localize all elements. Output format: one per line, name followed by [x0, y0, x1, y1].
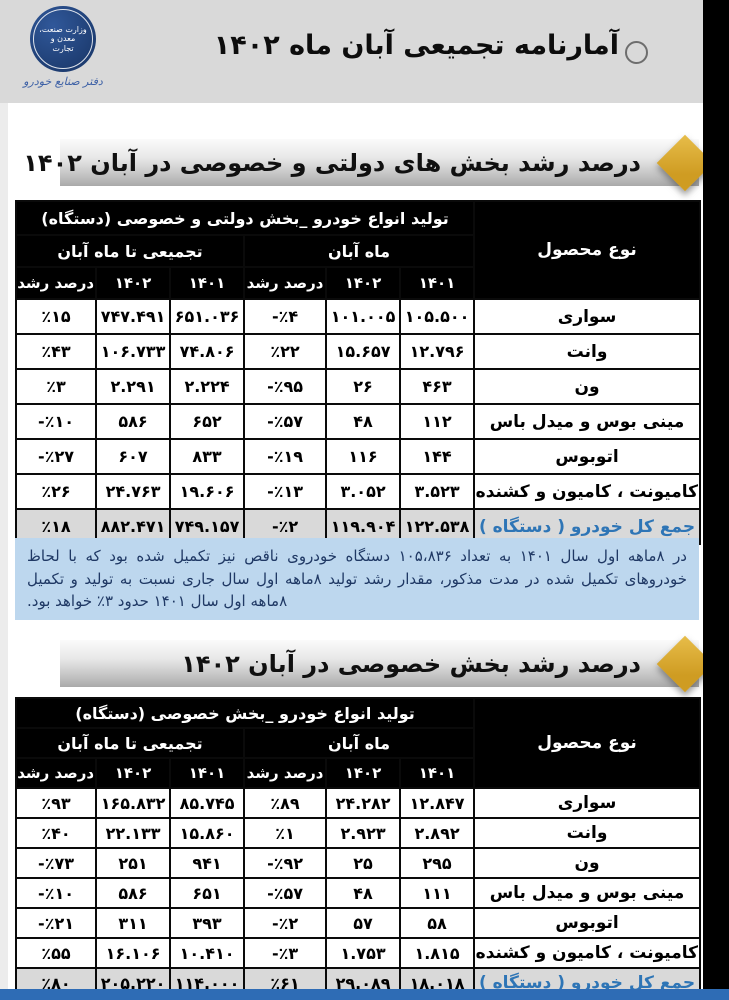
cum-1401-cell: ۸۳۳	[170, 439, 244, 474]
month-1401-cell: ۱۰۵.۵۰۰	[400, 299, 474, 334]
month-1401-cell: ۱۱۱	[400, 878, 474, 908]
month-growth-cell: -٪۹۲	[244, 848, 326, 878]
month-1401-cell: ۱۴۴	[400, 439, 474, 474]
cum-1402-cell: ۲.۲۹۱	[96, 369, 170, 404]
month-1402-cell: ۱۱۶	[326, 439, 400, 474]
month-1401-header: ۱۴۰۱	[400, 758, 474, 788]
cum-1401-cell: ۱۹.۶۰۶	[170, 474, 244, 509]
cum-1402-cell: ۲۴.۷۶۳	[96, 474, 170, 509]
cum-1401-cell: ۶۵۱.۰۳۶	[170, 299, 244, 334]
cum-1402-cell: ۳۱۱	[96, 908, 170, 938]
table-private-production: نوع محصول تولید انواع خودرو _بخش خصوصی (…	[15, 697, 701, 999]
cum-1402-cell: ۵۸۶	[96, 404, 170, 439]
table-row: مینی بوس و میدل باس ۱۱۲ ۴۸ -٪۵۷ ۶۵۲ ۵۸۶ …	[16, 404, 700, 439]
month-growth-cell: -٪۹۵	[244, 369, 326, 404]
month-1401-cell: ۱۲.۷۹۶	[400, 334, 474, 369]
cum-1401-cell: ۹۴۱	[170, 848, 244, 878]
month-1402-cell: ۱۵.۶۵۷	[326, 334, 400, 369]
month-growth-cell: -٪۱۳	[244, 474, 326, 509]
table-title: تولید انواع خودرو _بخش خصوصی (دستگاه)	[16, 698, 474, 728]
month-growth-cell: ٪۲۲	[244, 334, 326, 369]
cum-1402-cell: ۵۸۶	[96, 878, 170, 908]
month-growth-cell: -٪۳	[244, 938, 326, 968]
section2-banner: درصد رشد بخش خصوصی در آبان ۱۴۰۲	[60, 640, 699, 687]
cum-growth-cell: ٪۳	[16, 369, 96, 404]
month-growth-cell: ٪۱	[244, 818, 326, 848]
month-1402-cell: ۵۷	[326, 908, 400, 938]
product-name-cell: کامیونت ، کامیون و کشنده	[474, 474, 700, 509]
cum-growth-cell: -٪۱۰	[16, 404, 96, 439]
product-name-cell: وانت	[474, 334, 700, 369]
cum-1402-cell: ۶۰۷	[96, 439, 170, 474]
product-name-cell: ون	[474, 848, 700, 878]
month-1402-cell: ۲۴.۲۸۲	[326, 788, 400, 818]
table-row: سواری ۱۰۵.۵۰۰ ۱۰۱.۰۰۵ -٪۴ ۶۵۱.۰۳۶ ۷۴۷.۴۹…	[16, 299, 700, 334]
product-name-cell: اتوبوس	[474, 439, 700, 474]
month-1401-header: ۱۴۰۱	[400, 267, 474, 299]
table-row: اتوبوس ۵۸ ۵۷ -٪۲ ۳۹۳ ۳۱۱ -٪۲۱	[16, 908, 700, 938]
page-title: آمارنامه تجمیعی آبان ماه ۱۴۰۲	[214, 30, 619, 61]
month-growth-header: درصد رشد	[244, 267, 326, 299]
month-1402-cell: ۱۰۱.۰۰۵	[326, 299, 400, 334]
header-band: وزارت صنعت، معدن و تجارت دفتر صنایع خودر…	[0, 0, 703, 103]
month-1401-cell: ۱۲.۸۴۷	[400, 788, 474, 818]
cum-1402-cell: ۱۰۶.۷۳۳	[96, 334, 170, 369]
month-growth-cell: -٪۵۷	[244, 404, 326, 439]
section1-banner: درصد رشد بخش های دولتی و خصوصی در آبان ۱…	[60, 139, 699, 186]
cum-1401-header: ۱۴۰۱	[170, 267, 244, 299]
month-1401-cell: ۳.۵۲۳	[400, 474, 474, 509]
cum-growth-cell: -٪۱۰	[16, 878, 96, 908]
month-growth-cell: -٪۱۹	[244, 439, 326, 474]
cum-growth-cell: ٪۴۳	[16, 334, 96, 369]
table-header-row: نوع محصول تولید انواع خودرو _بخش دولتی و…	[16, 201, 700, 235]
ministry-logo-icon: وزارت صنعت، معدن و تجارت	[30, 6, 96, 72]
cum-growth-cell: -٪۷۳	[16, 848, 96, 878]
section1-banner-title: درصد رشد بخش های دولتی و خصوصی در آبان ۱…	[23, 149, 699, 177]
table-row: وانت ۱۲.۷۹۶ ۱۵.۶۵۷ ٪۲۲ ۷۴.۸۰۶ ۱۰۶.۷۳۳ ٪۴…	[16, 334, 700, 369]
cum-1401-header: ۱۴۰۱	[170, 758, 244, 788]
cum-1402-cell: ۲۲.۱۳۳	[96, 818, 170, 848]
product-name-cell: مینی بوس و میدل باس	[474, 404, 700, 439]
product-name-cell: اتوبوس	[474, 908, 700, 938]
month-1402-cell: ۴۸	[326, 878, 400, 908]
table-title: تولید انواع خودرو _بخش دولتی و خصوصی (دس…	[16, 201, 474, 235]
section2-banner-title: درصد رشد بخش خصوصی در آبان ۱۴۰۲	[181, 650, 699, 678]
logo-caption: دفتر صنایع خودرو	[14, 75, 112, 88]
table-row: ون ۲۹۵ ۲۵ -٪۹۲ ۹۴۱ ۲۵۱ -٪۷۳	[16, 848, 700, 878]
table-row: سواری ۱۲.۸۴۷ ۲۴.۲۸۲ ٪۸۹ ۸۵.۷۴۵ ۱۶۵.۸۳۲ ٪…	[16, 788, 700, 818]
table-row: وانت ۲.۸۹۲ ۲.۹۲۳ ٪۱ ۱۵.۸۶۰ ۲۲.۱۳۳ ٪۴۰	[16, 818, 700, 848]
month-1402-cell: ۳.۰۵۲	[326, 474, 400, 509]
cum-growth-cell: -٪۲۷	[16, 439, 96, 474]
month-1402-cell: ۱.۷۵۳	[326, 938, 400, 968]
cum-1402-header: ۱۴۰۲	[96, 758, 170, 788]
cum-1402-cell: ۷۴۷.۴۹۱	[96, 299, 170, 334]
cum-growth-cell: ٪۴۰	[16, 818, 96, 848]
month-1401-cell: ۵۸	[400, 908, 474, 938]
month-1401-cell: ۲۹۵	[400, 848, 474, 878]
month-1401-cell: ۴۶۳	[400, 369, 474, 404]
product-name-cell: سواری	[474, 299, 700, 334]
month-1402-cell: ۲۶	[326, 369, 400, 404]
cum-1402-cell: ۱۶.۱۰۶	[96, 938, 170, 968]
cum-1401-cell: ۱۵.۸۶۰	[170, 818, 244, 848]
month-growth-cell: -٪۲	[244, 908, 326, 938]
ministry-logo-text: وزارت صنعت، معدن و تجارت	[39, 25, 87, 54]
month-group-header: ماه آبان	[244, 728, 474, 758]
cum-growth-cell: ٪۹۳	[16, 788, 96, 818]
report-page: وزارت صنعت، معدن و تجارت دفتر صنایع خودر…	[0, 0, 729, 1000]
table-header-row: نوع محصول تولید انواع خودرو _بخش خصوصی (…	[16, 698, 700, 728]
cum-1402-header: ۱۴۰۲	[96, 267, 170, 299]
table-govt-private-production: نوع محصول تولید انواع خودرو _بخش دولتی و…	[15, 200, 701, 545]
bottom-blue-bar	[0, 989, 729, 1000]
cum-1401-cell: ۷۴.۸۰۶	[170, 334, 244, 369]
month-growth-header: درصد رشد	[244, 758, 326, 788]
completion-note: در ۸ماهه اول سال ۱۴۰۱ به تعداد ۱۰۵،۸۳۶ د…	[15, 538, 699, 620]
cum-1402-cell: ۲۵۱	[96, 848, 170, 878]
product-column-header: نوع محصول	[474, 698, 700, 788]
product-name-cell: مینی بوس و میدل باس	[474, 878, 700, 908]
left-edge-strip	[0, 0, 8, 1000]
cum-growth-cell: ٪۲۶	[16, 474, 96, 509]
month-1401-cell: ۱.۸۱۵	[400, 938, 474, 968]
circle-bullet-icon	[625, 41, 648, 64]
cum-growth-cell: -٪۲۱	[16, 908, 96, 938]
cumulative-group-header: تجمیعی تا ماه آبان	[16, 235, 244, 267]
cum-1401-cell: ۸۵.۷۴۵	[170, 788, 244, 818]
table-row: ون ۴۶۳ ۲۶ -٪۹۵ ۲.۲۲۴ ۲.۲۹۱ ٪۳	[16, 369, 700, 404]
month-growth-cell: -٪۵۷	[244, 878, 326, 908]
cum-1401-cell: ۲.۲۲۴	[170, 369, 244, 404]
month-group-header: ماه آبان	[244, 235, 474, 267]
product-name-cell: ون	[474, 369, 700, 404]
cum-1401-cell: ۳۹۳	[170, 908, 244, 938]
month-1402-cell: ۲۵	[326, 848, 400, 878]
cum-1401-cell: ۶۵۱	[170, 878, 244, 908]
cum-growth-header: درصد رشد	[16, 758, 96, 788]
cum-growth-header: درصد رشد	[16, 267, 96, 299]
right-black-strip	[703, 0, 729, 1000]
product-column-header: نوع محصول	[474, 201, 700, 299]
month-growth-cell: -٪۴	[244, 299, 326, 334]
cum-1401-cell: ۶۵۲	[170, 404, 244, 439]
cum-growth-cell: ٪۱۵	[16, 299, 96, 334]
table-row: اتوبوس ۱۴۴ ۱۱۶ -٪۱۹ ۸۳۳ ۶۰۷ -٪۲۷	[16, 439, 700, 474]
table-row: کامیونت ، کامیون و کشنده ۳.۵۲۳ ۳.۰۵۲ -٪۱…	[16, 474, 700, 509]
month-1402-header: ۱۴۰۲	[326, 267, 400, 299]
month-growth-cell: ٪۸۹	[244, 788, 326, 818]
product-name-cell: کامیونت ، کامیون و کشنده	[474, 938, 700, 968]
cumulative-group-header: تجمیعی تا ماه آبان	[16, 728, 244, 758]
month-1401-cell: ۲.۸۹۲	[400, 818, 474, 848]
cum-1401-cell: ۱۰.۴۱۰	[170, 938, 244, 968]
cum-growth-cell: ٪۵۵	[16, 938, 96, 968]
cum-1402-cell: ۱۶۵.۸۳۲	[96, 788, 170, 818]
month-1402-header: ۱۴۰۲	[326, 758, 400, 788]
month-1402-cell: ۲.۹۲۳	[326, 818, 400, 848]
product-name-cell: سواری	[474, 788, 700, 818]
month-1402-cell: ۴۸	[326, 404, 400, 439]
table-row: مینی بوس و میدل باس ۱۱۱ ۴۸ -٪۵۷ ۶۵۱ ۵۸۶ …	[16, 878, 700, 908]
product-name-cell: وانت	[474, 818, 700, 848]
table-row: کامیونت ، کامیون و کشنده ۱.۸۱۵ ۱.۷۵۳ -٪۳…	[16, 938, 700, 968]
month-1401-cell: ۱۱۲	[400, 404, 474, 439]
